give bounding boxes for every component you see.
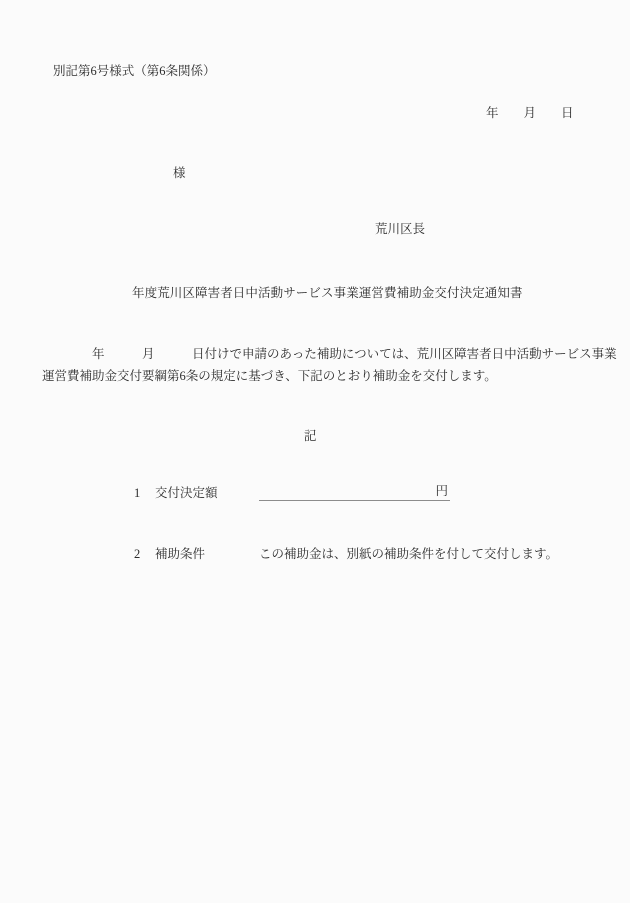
item-2-number: 2 bbox=[134, 547, 140, 561]
sender-title: 荒川区長 bbox=[375, 222, 425, 236]
issue-date-line: 年 月 日 bbox=[486, 106, 574, 120]
body-paragraph-line-2: 運営費補助金交付要綱第6条の規定に基づき、下記のとおり補助金を交付します。 bbox=[42, 369, 497, 383]
document-page: 別記第6号様式（第6条関係） 年 月 日 様 荒川区長 年度荒川区障害者日中活動… bbox=[0, 0, 630, 903]
item-2-value: この補助金は、別紙の補助条件を付して交付します。 bbox=[259, 547, 558, 561]
body-paragraph-line-1: 年 月 日付けで申請のあった補助については、荒川区障害者日中活動サービス事業 bbox=[42, 347, 617, 361]
amount-unit-label: 円 bbox=[435, 484, 448, 498]
document-title: 年度荒川区障害者日中活動サービス事業運営費補助金交付決定通知書 bbox=[132, 286, 523, 300]
amount-blank-field: 円 bbox=[259, 485, 450, 501]
record-marker: 記 bbox=[304, 429, 317, 443]
form-number-label: 別記第6号様式（第6条関係） bbox=[53, 64, 216, 78]
item-1-label: 交付決定額 bbox=[155, 486, 218, 500]
item-2-label: 補助条件 bbox=[155, 547, 205, 561]
addressee-honorific: 様 bbox=[173, 166, 186, 180]
item-1-number: 1 bbox=[134, 486, 140, 500]
